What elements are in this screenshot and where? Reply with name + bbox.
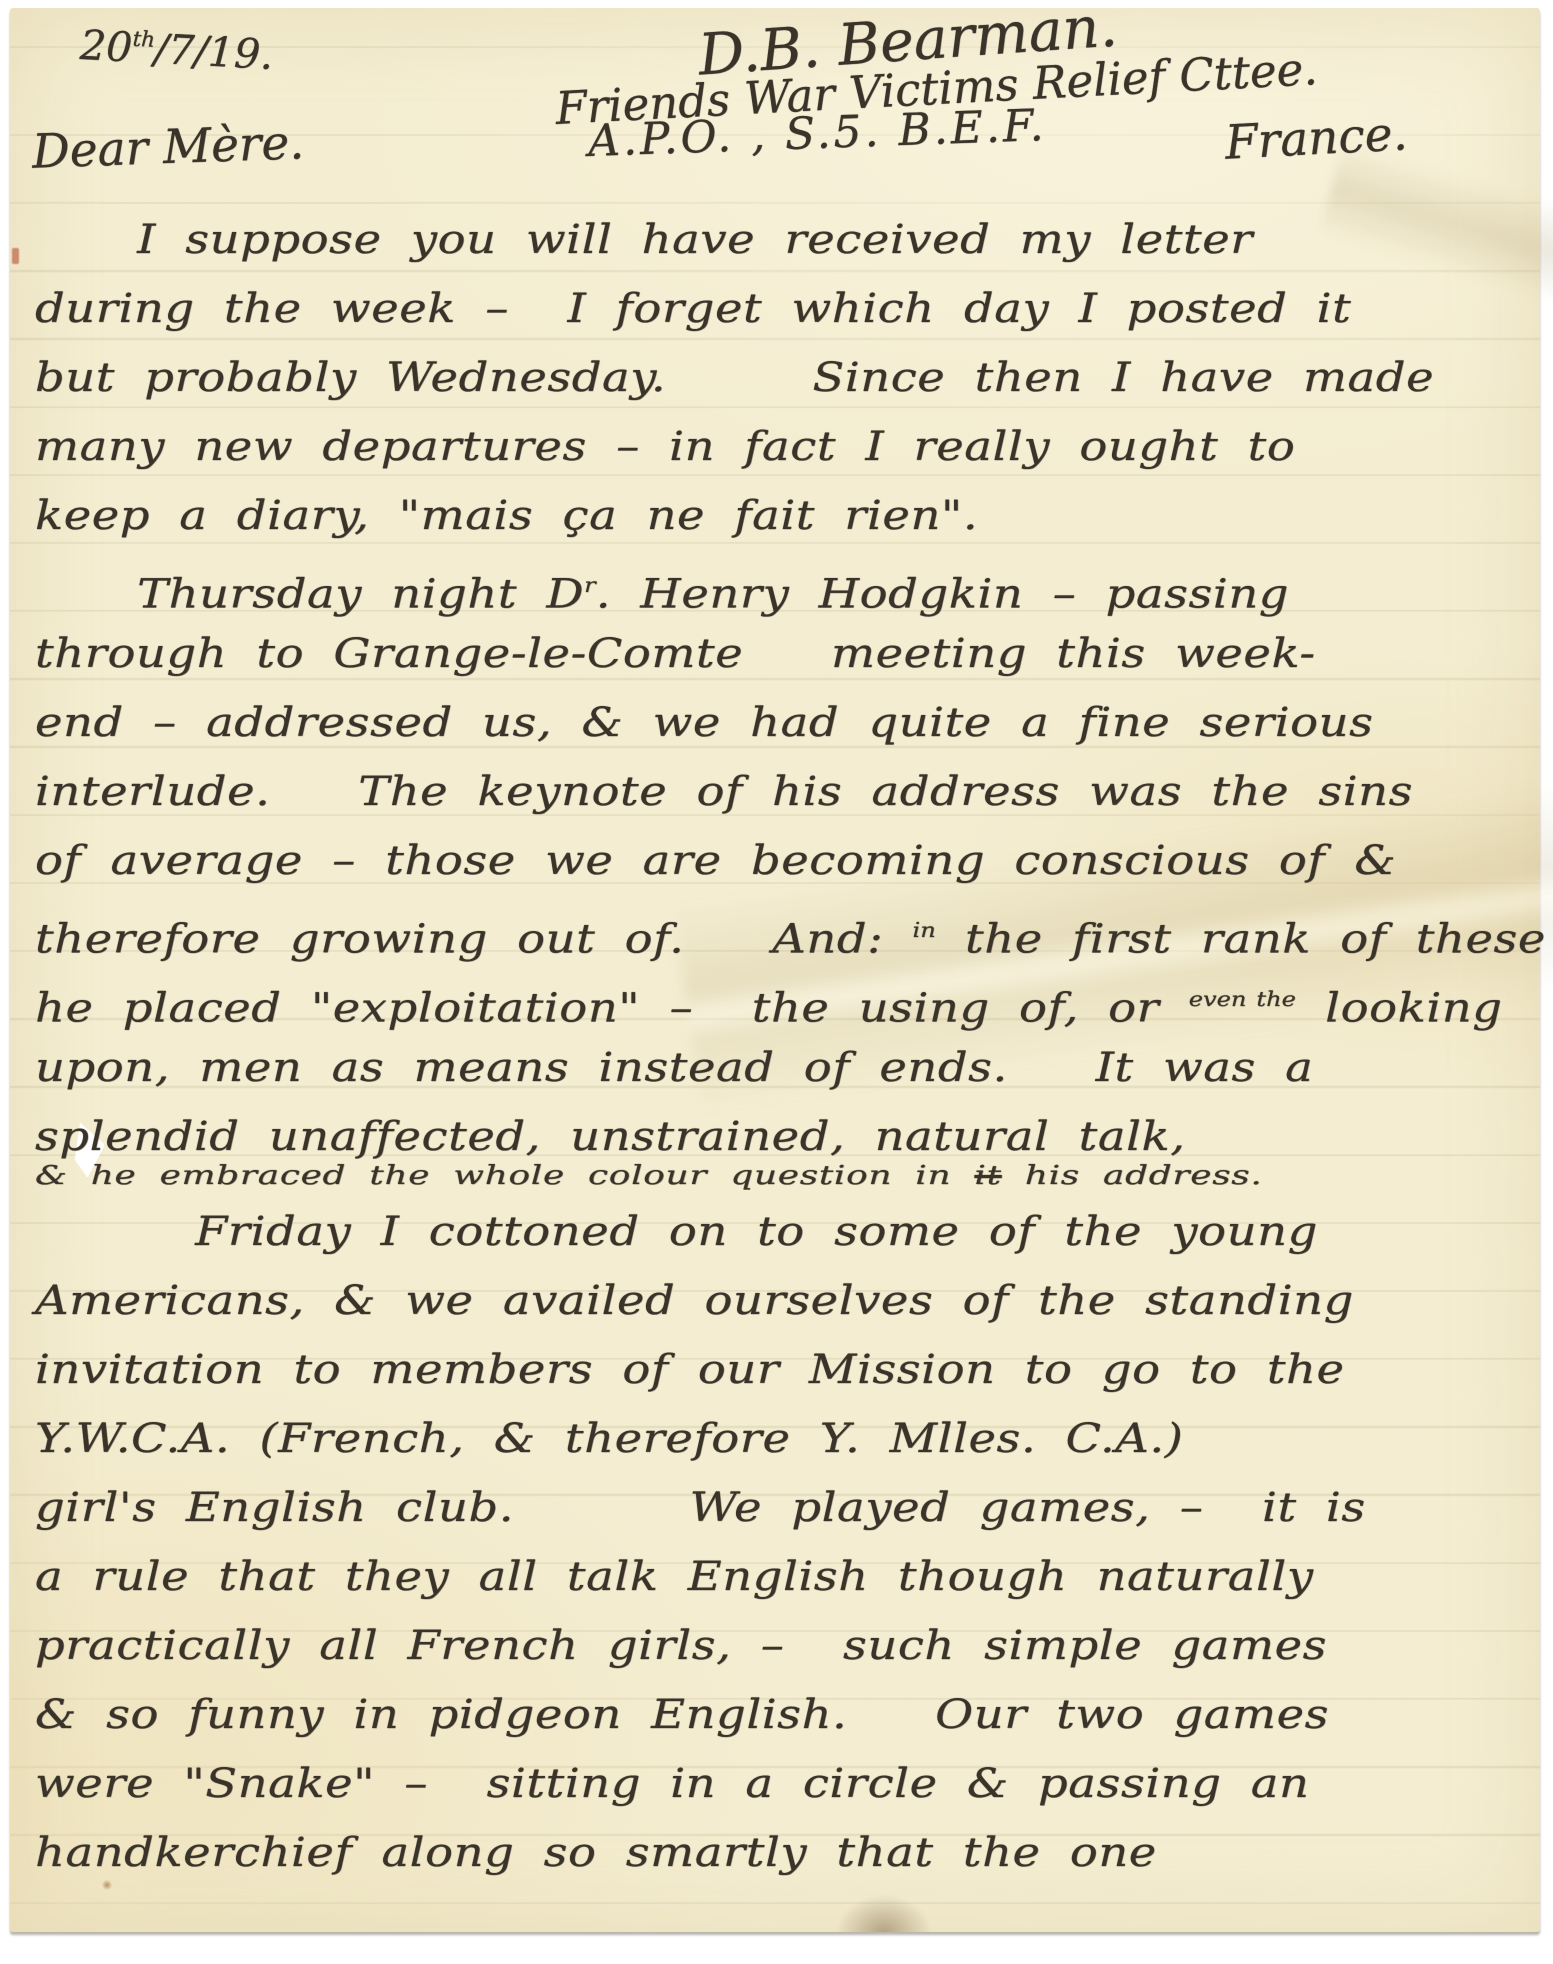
letter-line: were "Snake" – sitting in a circle & pas… <box>35 1752 1553 1821</box>
letter-line: I suppose you will have received my lett… <box>35 208 1553 277</box>
letter-line: interlude. The keynote of his address wa… <box>35 760 1553 829</box>
letter-line: keep a diary, "mais ça ne fait rien". <box>35 484 1553 553</box>
letter-line: handkerchief along so smartly that the o… <box>35 1821 1553 1890</box>
sender-country: France. <box>1224 106 1409 170</box>
letter-line: practically all French girls, – such sim… <box>35 1614 1553 1683</box>
letter-line: upon, men as means instead of ends. It w… <box>35 1036 1553 1105</box>
letter-line: & so funny in pidgeon English. Our two g… <box>35 1683 1553 1752</box>
letter-line: & he embraced the whole colour question … <box>35 1164 1553 1200</box>
edge-red-mark <box>12 248 19 264</box>
letter-body: I suppose you will have received my lett… <box>35 208 1532 1890</box>
letter-line: therefore growing out of. And: in the fi… <box>35 898 1553 967</box>
letter-line: invitation to members of our Mission to … <box>35 1338 1553 1407</box>
letter-line: he placed "exploitation" – the using of,… <box>35 967 1553 1036</box>
letter-line: end – addressed us, & we had quite a fin… <box>35 691 1553 760</box>
letter-page: 20th/7/19. D.B. Bearman. Friends War Vic… <box>10 8 1540 1932</box>
letter-line: many new departures – in fact I really o… <box>35 415 1553 484</box>
bottom-smudge <box>836 1894 932 1932</box>
salutation: Dear Mère. <box>31 115 305 179</box>
letter-line: but probably Wednesday. Since then I hav… <box>35 346 1553 415</box>
letter-line: during the week – I forget which day I p… <box>35 277 1553 346</box>
letter-date: 20th/7/19. <box>79 21 275 79</box>
letter-line: a rule that they all talk English though… <box>35 1545 1553 1614</box>
letter-line: Thursday night Dr. Henry Hodgkin – passi… <box>35 553 1553 622</box>
letter-line: Y.W.C.A. (French, & therefore Y. Mlles. … <box>35 1407 1553 1476</box>
letter-line: Americans, & we availed ourselves of the… <box>35 1269 1553 1338</box>
letter-line: of average – those we are becoming consc… <box>35 829 1553 898</box>
letter-line: girl's English club. We played games, – … <box>35 1476 1553 1545</box>
letter-line: Friday I cottoned on to some of the youn… <box>35 1200 1553 1269</box>
letter-line: through to Grange-le-Comte meeting this … <box>35 622 1553 691</box>
